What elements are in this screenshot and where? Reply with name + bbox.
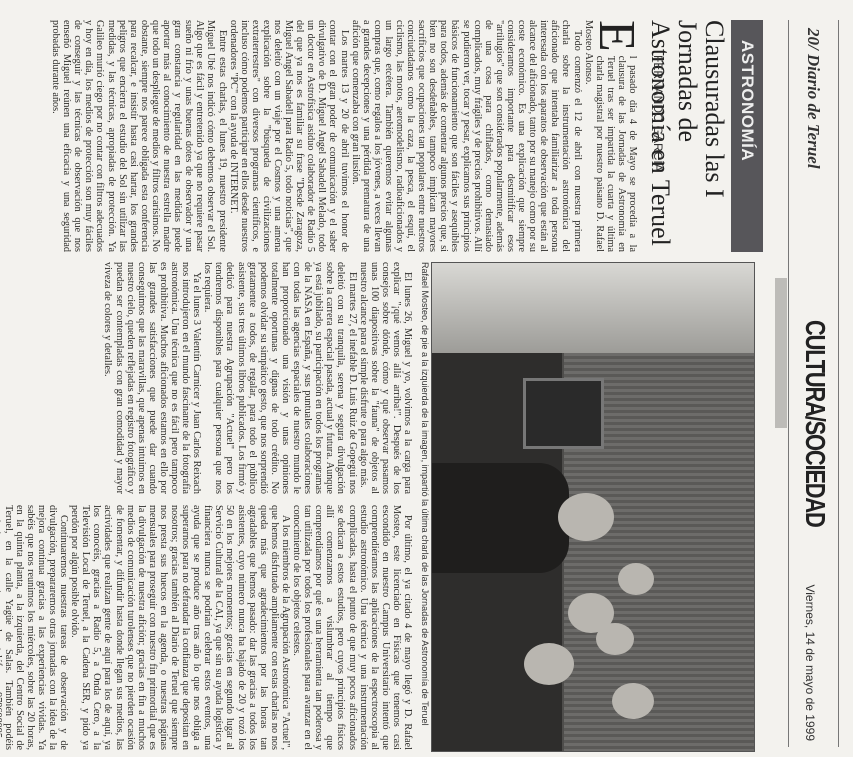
drop-cap: E <box>596 20 636 52</box>
paragraph: Los martes 13 y 20 de abril tuvimos el h… <box>228 20 350 252</box>
page-header: 20/ Diario de Teruel CULTURA/SOCIEDAD Vi… <box>788 20 839 747</box>
photo-face <box>524 643 574 685</box>
photo-face <box>618 563 654 595</box>
photo-face <box>558 493 614 541</box>
article-byline: FERNANDO GARCÍA <box>651 55 665 172</box>
paragraph: Por último, el ya citado 4 de mayo llegó… <box>291 505 413 750</box>
paragraph: Todo comenzó el 12 de abril con nuestra … <box>350 20 583 252</box>
newspaper-page: 20/ Diario de Teruel CULTURA/SOCIEDAD Vi… <box>0 0 853 757</box>
photo-face <box>596 623 634 655</box>
photo-monitor <box>523 378 604 449</box>
paragraph: El lunes 26, Miguel y yo, volvimos a la … <box>358 262 413 494</box>
paragraph: Entre estas charlas, el lunes 19, nuestr… <box>50 20 228 252</box>
header-rule <box>838 20 839 747</box>
photo-caption: Rafael Mosteo, de pie a la izquierda de … <box>420 262 430 750</box>
section-bar <box>775 278 787 428</box>
paragraph: Ya el lunes 3 Valentín Carnicer y Juan C… <box>102 262 202 494</box>
column-2: El lunes 26, Miguel y yo, volvimos a la … <box>102 262 413 494</box>
column-1: El pasado día 4 de Mayo se procedía a la… <box>50 20 638 252</box>
paragraph: Continuaremos nuestras tareas de observa… <box>0 505 69 750</box>
paragraph: El pasado día 4 de Mayo se procedía a la… <box>583 20 638 252</box>
article-kicker: ASTRONOMÍA <box>731 20 763 252</box>
paragraph: A los miembros de la Agrupación Astronóm… <box>69 505 291 750</box>
paragraph: El martes 27, el inefable D. Luis Ruiz d… <box>202 262 357 494</box>
photo-person <box>431 463 569 573</box>
issue-date: Viernes, 14 de mayo de 1999 <box>803 584 817 741</box>
photo-projection-screen <box>432 263 754 353</box>
article-photo <box>431 262 755 752</box>
column-3: Por último, el ya citado 4 de mayo llegó… <box>0 505 413 750</box>
photo-face <box>612 683 654 719</box>
section-title: CULTURA/SOCIEDAD <box>799 320 831 527</box>
page-label: 20/ Diario de Teruel <box>803 28 823 169</box>
